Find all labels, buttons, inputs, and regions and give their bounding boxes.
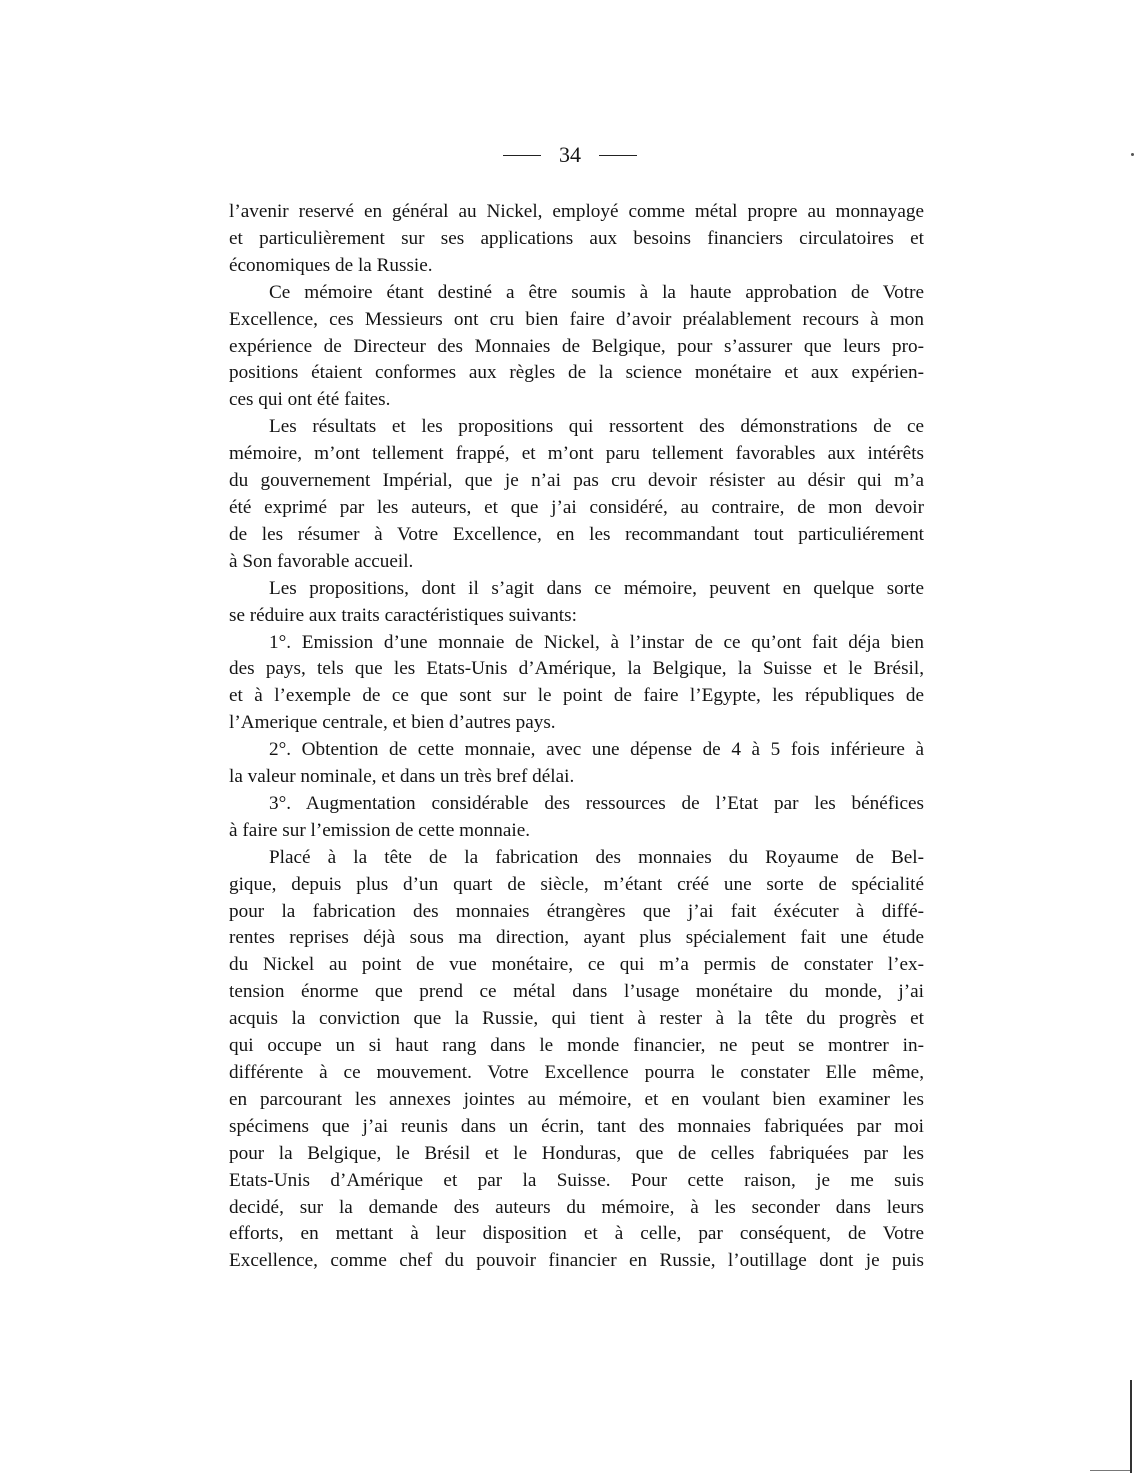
text-line: acquis la conviction que la Russie, qui … bbox=[229, 1006, 924, 1033]
text-line: 2°. Obtention de cette monnaie, avec une… bbox=[229, 737, 924, 764]
text-line: expérience de Directeur des Monnaies de … bbox=[229, 334, 924, 361]
paragraph: l’avenir reservé en général au Nickel, e… bbox=[229, 199, 924, 280]
text-line: efforts, en mettant à leur disposition e… bbox=[229, 1221, 924, 1248]
text-line: 3°. Augmentation considérable des ressou… bbox=[229, 791, 924, 818]
text-line: pour la Belgique, le Brésil et le Hondur… bbox=[229, 1141, 924, 1168]
text-line: de les résumer à Votre Excellence, en le… bbox=[229, 522, 924, 549]
text-line: Les propositions, dont il s’agit dans ce… bbox=[229, 576, 924, 603]
text-line: la valeur nominale, et dans un très bref… bbox=[229, 764, 924, 791]
page-number: 34 bbox=[559, 144, 581, 166]
text-line: Excellence, ces Messieurs ont cru bien f… bbox=[229, 307, 924, 334]
text-line: qui occupe un si haut rang dans le monde… bbox=[229, 1033, 924, 1060]
text-line: tension énorme que prend ce métal dans l… bbox=[229, 979, 924, 1006]
header-rule-left bbox=[503, 155, 541, 156]
text-line: rentes reprises déjà sous ma direction, … bbox=[229, 925, 924, 952]
text-line: Excellence, comme chef du pouvoir financ… bbox=[229, 1248, 924, 1275]
text-line: différente à ce mouvement. Votre Excelle… bbox=[229, 1060, 924, 1087]
paragraph: Les résultats et les propositions qui re… bbox=[229, 414, 924, 575]
scan-artifact-dot bbox=[1131, 153, 1134, 156]
text-line: Etats-Unis d’Amérique et par la Suisse. … bbox=[229, 1168, 924, 1195]
paragraph: Ce mémoire étant destiné a être soumis à… bbox=[229, 280, 924, 415]
text-line: l’Amerique centrale, et bien d’autres pa… bbox=[229, 710, 924, 737]
text-line: des pays, tels que les Etats-Unis d’Amér… bbox=[229, 656, 924, 683]
text-line: decidé, sur la demande des auteurs du mé… bbox=[229, 1195, 924, 1222]
text-line: du Nickel au point de vue monétaire, ce … bbox=[229, 952, 924, 979]
text-line: gique, depuis plus d’un quart de siècle,… bbox=[229, 872, 924, 899]
paragraph: Placé à la tête de la fabrication des mo… bbox=[229, 845, 924, 1276]
paragraph: 2°. Obtention de cette monnaie, avec une… bbox=[229, 737, 924, 791]
text-line: économiques de la Russie. bbox=[229, 253, 924, 280]
text-line: ces qui ont été faites. bbox=[229, 387, 924, 414]
text-line: se réduire aux traits caractéristiques s… bbox=[229, 603, 924, 630]
text-line: et particulièrement sur ses applications… bbox=[229, 226, 924, 253]
page-header: 34 bbox=[0, 140, 1140, 170]
text-line: l’avenir reservé en général au Nickel, e… bbox=[229, 199, 924, 226]
text-line: mémoire, m’ont tellement frappé, et m’on… bbox=[229, 441, 924, 468]
text-line: Les résultats et les propositions qui re… bbox=[229, 414, 924, 441]
paragraph: 1°. Emission d’une monnaie de Nickel, à … bbox=[229, 630, 924, 738]
text-line: et à l’exemple de ce que sont sur le poi… bbox=[229, 683, 924, 710]
text-line: à faire sur l’emission de cette monnaie. bbox=[229, 818, 924, 845]
text-line: à Son favorable accueil. bbox=[229, 549, 924, 576]
paragraph: 3°. Augmentation considérable des ressou… bbox=[229, 791, 924, 845]
text-line: positions étaient conformes aux règles d… bbox=[229, 360, 924, 387]
scan-edge-line bbox=[1130, 1380, 1132, 1473]
body-text: l’avenir reservé en général au Nickel, e… bbox=[229, 199, 924, 1275]
text-line: en parcourant les annexes jointes au mém… bbox=[229, 1087, 924, 1114]
text-line: Placé à la tête de la fabrication des mo… bbox=[229, 845, 924, 872]
scan-bottom-rule bbox=[1090, 1470, 1130, 1471]
text-line: Ce mémoire étant destiné a être soumis à… bbox=[229, 280, 924, 307]
text-line: du gouvernement Impérial, que je n’ai pa… bbox=[229, 468, 924, 495]
text-line: été exprimé par les auteurs, et que j’ai… bbox=[229, 495, 924, 522]
text-line: 1°. Emission d’une monnaie de Nickel, à … bbox=[229, 630, 924, 657]
text-line: pour la fabrication des monnaies étrangè… bbox=[229, 899, 924, 926]
text-line: spécimens que j’ai reunis dans un écrin,… bbox=[229, 1114, 924, 1141]
paragraph: Les propositions, dont il s’agit dans ce… bbox=[229, 576, 924, 630]
header-rule-right bbox=[599, 155, 637, 156]
